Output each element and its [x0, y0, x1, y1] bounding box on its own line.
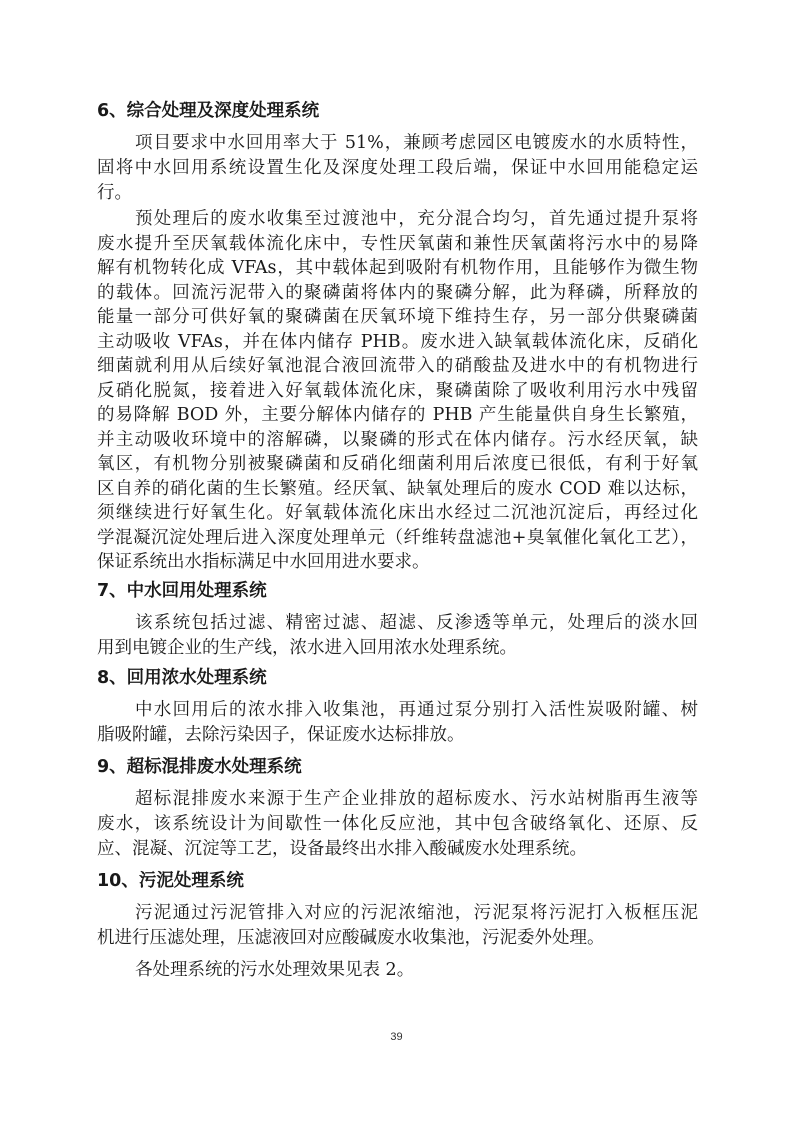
paragraph-line: 固将中水回用系统设置生化及深度处理工段后端，保证中水回用能稳定运: [97, 157, 698, 179]
paragraph-line: 学混凝沉淀处理后进入深度处理单元（纤维转盘滤池+臭氧催化氧化工艺），: [97, 527, 698, 549]
section-heading-9: 9、超标混排废水处理系统: [97, 756, 302, 778]
paragraph-line: 超标混排废水来源于生产企业排放的超标废水、污水站树脂再生液等: [135, 788, 698, 810]
page-number: 39: [0, 1031, 793, 1043]
paragraph-line: 预处理后的废水收集至过渡池中，充分混合均匀，首先通过提升泵将: [135, 208, 698, 230]
paragraph-line: 区自养的硝化菌的生长繁殖。经厌氧、缺氧处理后的废水 COD 难以达标，: [97, 478, 698, 500]
section-heading-7: 7、中水回用处理系统: [97, 580, 267, 602]
paragraph-line: 废水提升至厌氧载体流化床中，专性厌氧菌和兼性厌氧菌将污水中的易降: [97, 233, 698, 255]
paragraph-line: 的载体。回流污泥带入的聚磷菌将体内的聚磷分解，此为释磷，所释放的: [97, 282, 698, 304]
paragraph-line: 行。: [97, 182, 698, 204]
paragraph-line: 的易降解 BOD 外，主要分解体内储存的 PHB 产生能量供自身生长繁殖，: [97, 404, 698, 426]
paragraph-line: 细菌就利用从后续好氧池混合液回流带入的硝酸盐及进水中的有机物进行: [97, 355, 698, 377]
section-heading-10: 10、污泥处理系统: [97, 870, 244, 892]
paragraph-line: 该系统包括过滤、精密过滤、超滤、反渗透等单元，处理后的淡水回: [135, 612, 698, 634]
paragraph-line: 解有机物转化成 VFAs，其中载体起到吸附有机物作用，且能够作为微生物: [97, 257, 698, 279]
paragraph-line: 用到电镀企业的生产线，浓水进入回用浓水处理系统。: [97, 637, 698, 659]
paragraph-line: 主动吸收 VFAs，并在体内储存 PHB。废水进入缺氧载体流化床，反硝化: [97, 331, 698, 353]
paragraph-line: 须继续进行好氧生化。好氧载体流化床出水经过二沉池沉淀后，再经过化: [97, 502, 698, 524]
paragraph-line: 中水回用后的浓水排入收集池，再通过泵分别打入活性炭吸附罐、树: [135, 699, 698, 721]
paragraph-line: 保证系统出水指标满足中水回用进水要求。: [97, 551, 698, 573]
paragraph-line: 项目要求中水回用率大于 51%，兼顾考虑园区电镀废水的水质特性，: [135, 132, 698, 154]
paragraph-line: 机进行压滤处理，压滤液回对应酸碱废水收集池，污泥委外处理。: [97, 927, 698, 949]
paragraph-line: 反硝化脱氮，接着进入好氧载体流化床，聚磷菌除了吸收利用污水中残留: [97, 380, 698, 402]
paragraph-line: 污泥通过污泥管排入对应的污泥浓缩池，污泥泵将污泥打入板框压泥: [135, 902, 698, 924]
paragraph-line: 能量一部分可供好氧的聚磷菌在厌氧环境下维持生存，另一部分供聚磷菌: [97, 306, 698, 328]
paragraph-line: 应、混凝、沉淀等工艺，设备最终出水排入酸碱废水处理系统。: [97, 838, 698, 860]
document-page: 6、综合处理及深度处理系统 项目要求中水回用率大于 51%，兼顾考虑园区电镀废水…: [0, 0, 793, 1122]
paragraph-line: 各处理系统的污水处理效果见表 2。: [135, 959, 698, 981]
section-heading-6: 6、综合处理及深度处理系统: [97, 100, 319, 122]
section-heading-8: 8、回用浓水处理系统: [97, 667, 267, 689]
paragraph-line: 氧区，有机物分别被聚磷菌和反硝化细菌利用后浓度已很低，有利于好氧: [97, 453, 698, 475]
paragraph-line: 并主动吸收环境中的溶解磷，以聚磷的形式在体内储存。污水经厌氧，缺: [97, 429, 698, 451]
paragraph-line: 废水，该系统设计为间歇性一体化反应池，其中包含破络氧化、还原、反: [97, 813, 698, 835]
paragraph-line: 脂吸附罐，去除污染因子，保证废水达标排放。: [97, 724, 698, 746]
